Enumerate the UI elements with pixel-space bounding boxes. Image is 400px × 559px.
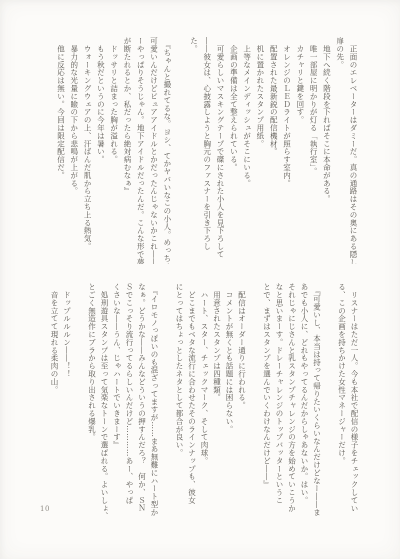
text-line: もう秋だというのに今年は暑い。 bbox=[94, 37, 107, 264]
text-line bbox=[248, 283, 261, 530]
text-line: ウォーキングウェアの上、汗ばんだ肌から立ち上る熱気。 bbox=[81, 37, 94, 264]
text-line: た。 bbox=[187, 37, 200, 264]
text-line: なと思いまーす。ドレーチャレンジのトップバッターというこ bbox=[273, 283, 286, 530]
text-line: 暴力的な光量に瞼の下から悲鳴が上がる。 bbox=[67, 37, 80, 264]
text-line: 地下へ続く階段を下ればそこに本命がある。 bbox=[320, 37, 333, 264]
text-line: くさいな――うん、じゃハートでいきまーす』 bbox=[110, 283, 123, 530]
text-line: オレンジのＬＥＤライトが照らす室内。 bbox=[280, 37, 293, 264]
text-line: 用意されたスタンプは四種類。 bbox=[210, 283, 223, 530]
text-line: 『イロモノっぽいのも混ざってますが……まあ無難にハート型か bbox=[148, 283, 161, 530]
text-line: あでも小人に、どれもやってるんだからしゃあないか。はい。 bbox=[298, 283, 311, 530]
text-line bbox=[73, 283, 86, 530]
text-line: 可愛らしいマスキングテープで磔にされた小人を見下ろして bbox=[214, 37, 227, 264]
text-line: 処刑遊具スタンプは至って気楽なトーンで選ばれる。よいしょ、 bbox=[98, 283, 111, 530]
text-line: 正面のエレベーターはダミーだ。真の通路はその奥にある隠し bbox=[347, 37, 360, 264]
text-line: とごく無造作にブラから取り出される爆乳。 bbox=[85, 283, 98, 530]
text-line: カチャリと鍵を回す。 bbox=[294, 37, 307, 264]
text-line bbox=[323, 283, 336, 530]
text-block-lower: リスナーはただ一人。今も本社で配信の様子をチェックしてい る、この企画を持ちかけ… bbox=[48, 283, 361, 530]
text-line: ハート、スター、チェックマーク、そして肉球。 bbox=[198, 283, 211, 530]
text-line: Ｓでこっそり流行ってるらしいんだけど…………あー、やっぱ bbox=[123, 283, 136, 530]
text-line: それじゃにじさんと乳スタンプチャレンジの方を始めていこうか bbox=[285, 283, 298, 530]
text-line: 『可愛いし、本当は持って帰りたいくらいなんだけどなー――ま bbox=[310, 283, 323, 530]
text-line: なぁ。どうかな――みんなどういうの押すんだろ？ 何か、ＳＮ bbox=[135, 283, 148, 530]
text-line bbox=[174, 37, 187, 264]
text-line: ドップルルルン――！！ bbox=[60, 283, 73, 530]
text-line: 唯一部屋に明かりが灯る「執行室」。 bbox=[307, 37, 320, 264]
text-line: る、この企画を持ちかけた女性マネージャーだけ。 bbox=[335, 283, 348, 530]
text-line: 可愛いんだけどピュアアイドルとかだったんじゃないかこれ――あ bbox=[147, 37, 160, 264]
text-line: どこまでもベタな流行に合わせたそのラインナップも、彼女 bbox=[185, 283, 198, 530]
text-line: 企画の準備は全て整えられている。 bbox=[227, 37, 240, 264]
text-line: 上等なメインディッシュがそこにいる。 bbox=[240, 37, 253, 264]
text-line: ――彼女は、心披露しようと胸元のファスナーを引き下ろし bbox=[200, 37, 213, 264]
text-line: とで、まずはスタンプを選んでいくわけなんだけど――』 bbox=[260, 283, 273, 530]
text-line: 配信はオーダー通りに行われる。 bbox=[235, 283, 248, 530]
text-line: ドッサリと詰まった胸が溢れる。 bbox=[107, 37, 120, 264]
text-line: 他に反応は無い。今回は限定配信だ。 bbox=[54, 37, 67, 264]
text-line: が断たれるとか、私だったら絶対病むなぁ』 bbox=[121, 37, 134, 264]
text-line: にとってはちょっとしたネタとして都合が良い。 bbox=[173, 283, 186, 530]
text-line bbox=[160, 283, 173, 530]
text-line: リスナーはただ一人。今も本社で配信の様子をチェックしてい bbox=[348, 283, 361, 530]
text-line: 『ちゃんと撮れてるな。ヨシ、てかヤバいなこの小人。めっちゃ bbox=[161, 37, 174, 264]
text-line: 配置された最新鋭の配信機材。 bbox=[267, 37, 280, 264]
text-block-upper: 正面のエレベーターはダミーだ。真の通路はその奥にある隠し 扉の先。 地下へ続く階… bbox=[54, 37, 360, 264]
text-line: ーやっぱりそうじゃん。地下アイドルだったんだ。こんな形で夢 bbox=[134, 37, 147, 264]
text-line: 扉の先。 bbox=[333, 37, 346, 264]
text-line: 音を立てて現れる柔肉の山。 bbox=[48, 283, 61, 530]
scanned-book-page: 正面のエレベーターはダミーだ。真の通路はその奥にある隠し 扉の先。 地下へ続く階… bbox=[0, 0, 400, 559]
text-line: 机に置かれたスタンプ用紙。 bbox=[254, 37, 267, 264]
page-number: 10 bbox=[40, 505, 50, 513]
text-line: コメントが無くとも話題には困らない。 bbox=[223, 283, 236, 530]
